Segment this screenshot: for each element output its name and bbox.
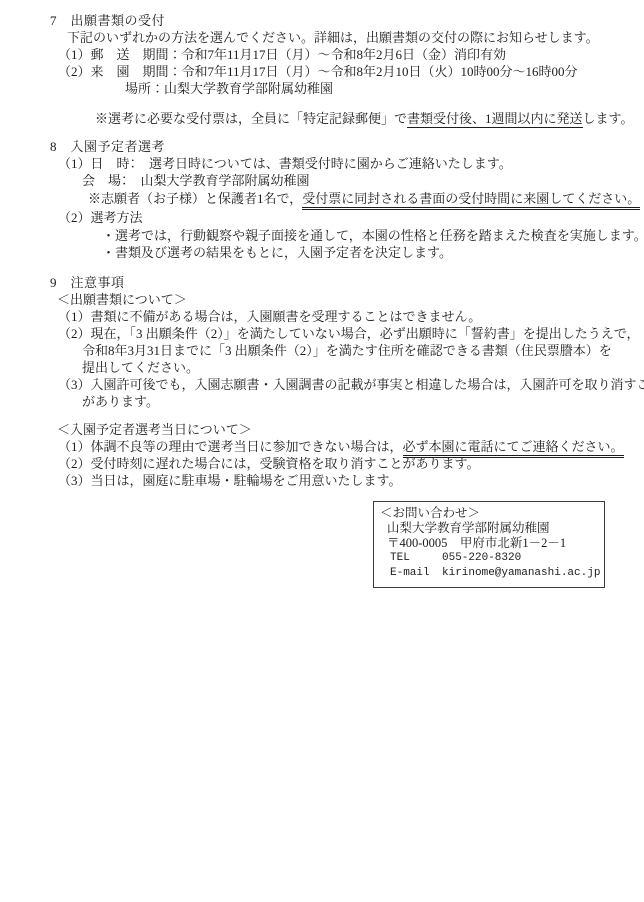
doc-line: ・選考では，行動観察や親子面接を通して，本園の性格と任務を踏まえた検査を実施しま… bbox=[0, 227, 644, 244]
text-segment: ・選考では，行動観察や親子面接を通して，本園の性格と任務を踏まえた検査を実施しま… bbox=[102, 228, 644, 243]
doc-line: 下記のいずれかの方法を選んでください。詳細は，出願書類の交付の際にお知らせします… bbox=[0, 29, 644, 46]
doc-line: があります。 bbox=[0, 393, 644, 410]
text-segment: （1）体調不良等の理由で選考当日に参加できない場合は， bbox=[58, 439, 403, 454]
doc-line: 提出してください。 bbox=[0, 359, 644, 376]
doc-line: ＜出願書類について＞ bbox=[0, 291, 644, 308]
page: { "page": { "background": "#ffffff", "te… bbox=[0, 0, 644, 902]
contact-box: ＜お問い合わせ＞ 山梨大学教育学部附属幼稚園 〒400-0005 甲府市北新1－… bbox=[373, 501, 605, 588]
section-heading: 9 注意事項 bbox=[0, 274, 644, 291]
text-segment: 下記のいずれかの方法を選んでください。詳細は，出願書類の交付の際にお知らせします… bbox=[67, 30, 599, 45]
text-segment: ・書類及び選考の結果をもとに，入園予定者を決定します。 bbox=[102, 245, 452, 260]
text-segment: ＜入園予定者選考当日について＞ bbox=[57, 422, 252, 437]
text-segment: （2）来 園 期間：令和7年11月17日（月）～令和8年2月10日（火）10時0… bbox=[58, 64, 578, 79]
text-segment: します。 bbox=[583, 111, 634, 126]
doc-line: （1）郵 送 期間：令和7年11月17日（月）～令和8年2月6日（金）消印有効 bbox=[0, 46, 644, 63]
doc-line: （1）体調不良等の理由で選考当日に参加できない場合は，必ず本園に電話にてご連絡く… bbox=[0, 438, 644, 455]
text-segment: （1）日 時： 選考日時については、書類受付時に園からご連絡いたします。 bbox=[58, 156, 512, 171]
text-segment: 8 入園予定者選考 bbox=[50, 139, 165, 154]
doc-line: （2）選考方法 bbox=[0, 209, 644, 226]
contact-org-name: 山梨大学教育学部附属幼稚園 bbox=[380, 521, 598, 536]
text-segment: ＜出願書類について＞ bbox=[57, 292, 187, 307]
text-segment: （3）当日は，園庭に駐車場・駐輪場をご用意いたします。 bbox=[58, 473, 401, 488]
text-segment: 会 場： 山梨大学教育学部附属幼稚園 bbox=[82, 173, 310, 188]
text-segment: （1）書類に不備がある場合は，入園願書を受理することはできません。 bbox=[58, 309, 481, 324]
doc-line: ・書類及び選考の結果をもとに，入園予定者を決定します。 bbox=[0, 244, 644, 261]
doc-line: （3）当日は，園庭に駐車場・駐輪場をご用意いたします。 bbox=[0, 472, 644, 489]
doc-line: 会 場： 山梨大学教育学部附属幼稚園 bbox=[0, 172, 644, 189]
section-heading: 8 入園予定者選考 bbox=[0, 138, 644, 155]
contact-email-label: E-mail bbox=[390, 566, 442, 581]
doc-line: （3）入園許可後でも，入園志願書・入園調書の記載が事実と相違した場合は，入園許可… bbox=[0, 376, 644, 393]
double-underlined-text: 受付票に同封される書面の受付時間に来園してください。 bbox=[302, 191, 640, 210]
text-segment: ※志願者（お子様）と保護者1名で， bbox=[88, 191, 302, 206]
section-heading: 7 出願書類の受付 bbox=[0, 12, 644, 29]
contact-postal-address: 〒400-0005 甲府市北新1－2－1 bbox=[380, 536, 598, 551]
doc-line: （1）日 時： 選考日時については、書類受付時に園からご連絡いたします。 bbox=[0, 155, 644, 172]
text-segment: （2）現在，「3 出願条件（2）」を満たしていない場合，必ず出願時に「誓約書」を… bbox=[58, 326, 640, 341]
doc-line: （2）来 園 期間：令和7年11月17日（月）～令和8年2月10日（火）10時0… bbox=[0, 63, 644, 80]
text-segment: （1）郵 送 期間：令和7年11月17日（月）～令和8年2月6日（金）消印有効 bbox=[58, 47, 506, 62]
text-segment: 9 注意事項 bbox=[50, 275, 125, 290]
doc-line: ※志願者（お子様）と保護者1名で，受付票に同封される書面の受付時間に来園してくだ… bbox=[0, 190, 644, 207]
contact-email-value: kirinome@yamanashi.ac.jp bbox=[442, 567, 600, 579]
contact-email-row: E-mailkirinome@yamanashi.ac.jp bbox=[380, 566, 598, 581]
contact-tel-value: 055-220-8320 bbox=[442, 552, 521, 564]
contact-tel-label: TEL bbox=[390, 551, 442, 566]
doc-line: （2）現在，「3 出願条件（2）」を満たしていない場合，必ず出願時に「誓約書」を… bbox=[0, 325, 644, 342]
doc-line: （1）書類に不備がある場合は，入園願書を受理することはできません。 bbox=[0, 308, 644, 325]
text-segment: 7 出願書類の受付 bbox=[50, 13, 165, 28]
underlined-text: 書類受付後、1週間以内に発送 bbox=[407, 111, 583, 128]
text-segment: 提出してください。 bbox=[82, 360, 199, 375]
doc-line: 場所：山梨大学教育学部附属幼稚園 bbox=[0, 80, 644, 97]
contact-tel-row: TEL055-220-8320 bbox=[380, 551, 598, 566]
contact-title: ＜お問い合わせ＞ bbox=[380, 506, 598, 521]
document-body: 7 出願書類の受付下記のいずれかの方法を選んでください。詳細は，出願書類の交付の… bbox=[0, 0, 644, 489]
doc-line: ※選考に必要な受付票は，全員に「特定記録郵便」で書類受付後、1週間以内に発送しま… bbox=[0, 110, 644, 127]
text-segment: （2）受付時刻に遅れた場合には，受験資格を取り消すことがあります。 bbox=[58, 456, 479, 471]
doc-line: 令和8年3月31日までに「3 出願条件（2）」を満たす住所を確認できる書類（住民… bbox=[0, 342, 644, 359]
doc-line: ＜入園予定者選考当日について＞ bbox=[0, 421, 644, 438]
text-segment: ※選考に必要な受付票は，全員に「特定記録郵便」で bbox=[95, 111, 407, 126]
text-segment: （3）入園許可後でも，入園志願書・入園調書の記載が事実と相違した場合は，入園許可… bbox=[58, 377, 644, 392]
text-segment: 場所：山梨大学教育学部附属幼稚園 bbox=[125, 81, 333, 96]
text-segment: 令和8年3月31日までに「3 出願条件（2）」を満たす住所を確認できる書類（住民… bbox=[82, 343, 612, 358]
text-segment: があります。 bbox=[82, 394, 159, 409]
text-segment: （2）選考方法 bbox=[58, 210, 143, 225]
